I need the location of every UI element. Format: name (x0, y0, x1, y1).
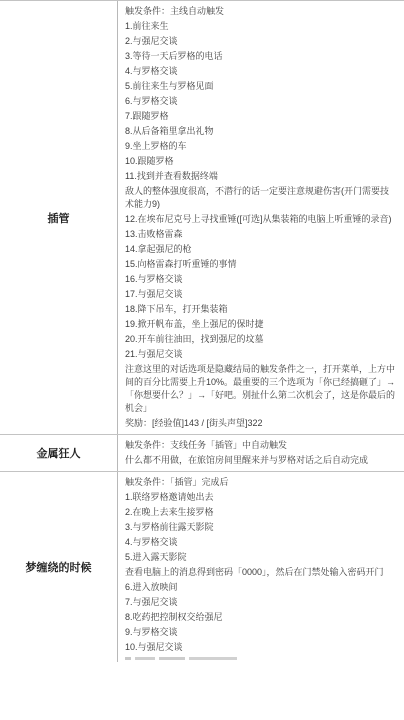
guide-screenshot: 插管 触发条件：主线自动触发1.前往来生2.与强尼交谈3.等待一天后罗格的电话4… (0, 0, 404, 720)
quest-step-line: 5.进入露天影院 (125, 551, 396, 564)
quest-step-line: 8.吃药把控制权交给强尼 (125, 611, 396, 624)
quest-step-line: 2.在晚上去来生接罗格 (125, 506, 396, 519)
quest-step-line: 注意这里的对话选项是隐藏结局的触发条件之一，打开菜单，上方中间的百分比需要上升1… (125, 363, 396, 415)
quest-step-line: 查看电脑上的消息得到密码「0000」，然后在门禁处输入密码开门 (125, 566, 396, 579)
quest-name-label: 梦缠绕的时候 (0, 472, 118, 662)
quest-step-line: 20.开车前往油田，找到强尼的坟墓 (125, 333, 396, 346)
quest-step-line: 18.降下吊车，打开集装箱 (125, 303, 396, 316)
quest-step-line: 什么都不用做，在旅馆房间里醒来并与罗格对话之后自动完成 (125, 454, 396, 467)
quest-steps-cell: 触发条件：「插管」完成后1.联络罗格邀请她出去2.在晚上去来生接罗格3.与罗格前… (118, 472, 404, 662)
quest-steps-cell: 触发条件：支线任务「插管」中自动触发什么都不用做，在旅馆房间里醒来并与罗格对话之… (118, 435, 404, 471)
quest-row: 插管 触发条件：主线自动触发1.前往来生2.与强尼交谈3.等待一天后罗格的电话4… (0, 0, 404, 434)
quest-step-line: 16.与罗格交谈 (125, 273, 396, 286)
quest-step-line: 7.与强尼交谈 (125, 596, 396, 609)
quest-step-line: 11.找到并查看数据终端 (125, 170, 396, 183)
quest-row: 梦缠绕的时候 触发条件：「插管」完成后1.联络罗格邀请她出去2.在晚上去来生接罗… (0, 471, 404, 662)
quest-step-line: 14.拿起强尼的枪 (125, 243, 396, 256)
quest-step-line: 6.与罗格交谈 (125, 95, 396, 108)
quest-step-line: 奖励：[经验值]143 / [街头声望]322 (125, 417, 396, 430)
quest-steps-cell: 触发条件：主线自动触发1.前往来生2.与强尼交谈3.等待一天后罗格的电话4.与罗… (118, 1, 404, 434)
quest-step-line: 4.与罗格交谈 (125, 536, 396, 549)
quest-walkthrough-table: 插管 触发条件：主线自动触发1.前往来生2.与强尼交谈3.等待一天后罗格的电话4… (0, 0, 404, 662)
quest-step-line: 21.与强尼交谈 (125, 348, 396, 361)
quest-step-line: 13.击败格雷森 (125, 228, 396, 241)
cut-off-text-sliver (125, 657, 237, 660)
quest-step-line: 敌人的整体强度很高，不潜行的话一定要注意规避伤害(开门需要技术能力9) (125, 185, 396, 211)
quest-step-line: 触发条件：主线自动触发 (125, 5, 396, 18)
quest-step-line: 4.与罗格交谈 (125, 65, 396, 78)
quest-step-line: 6.进入放映间 (125, 581, 396, 594)
quest-step-line: 2.与强尼交谈 (125, 35, 396, 48)
quest-name-label: 插管 (0, 1, 118, 434)
quest-step-line: 触发条件：支线任务「插管」中自动触发 (125, 439, 396, 452)
quest-step-line: 19.掀开帆布盖，坐上强尼的保时捷 (125, 318, 396, 331)
quest-step-line: 5.前往来生与罗格见面 (125, 80, 396, 93)
quest-step-line: 15.向格雷森打听重锤的事情 (125, 258, 396, 271)
quest-step-line: 7.跟随罗格 (125, 110, 396, 123)
quest-step-line: 17.与强尼交谈 (125, 288, 396, 301)
quest-step-line: 触发条件：「插管」完成后 (125, 476, 396, 489)
quest-step-line: 1.联络罗格邀请她出去 (125, 491, 396, 504)
quest-row: 金属狂人 触发条件：支线任务「插管」中自动触发什么都不用做，在旅馆房间里醒来并与… (0, 434, 404, 471)
quest-step-line: 12.在埃布尼克号上寻找重锤([可选]从集装箱的电脑上听重锤的录音) (125, 213, 396, 226)
quest-step-line: 9.与罗格交谈 (125, 626, 396, 639)
quest-step-line: 3.与罗格前往露天影院 (125, 521, 396, 534)
quest-step-line: 10.跟随罗格 (125, 155, 396, 168)
quest-step-line: 10.与强尼交谈 (125, 641, 396, 654)
quest-step-line: 3.等待一天后罗格的电话 (125, 50, 396, 63)
quest-step-line: 9.坐上罗格的车 (125, 140, 396, 153)
quest-name-label: 金属狂人 (0, 435, 118, 471)
quest-step-line: 8.从后备箱里拿出礼物 (125, 125, 396, 138)
quest-step-line: 1.前往来生 (125, 20, 396, 33)
